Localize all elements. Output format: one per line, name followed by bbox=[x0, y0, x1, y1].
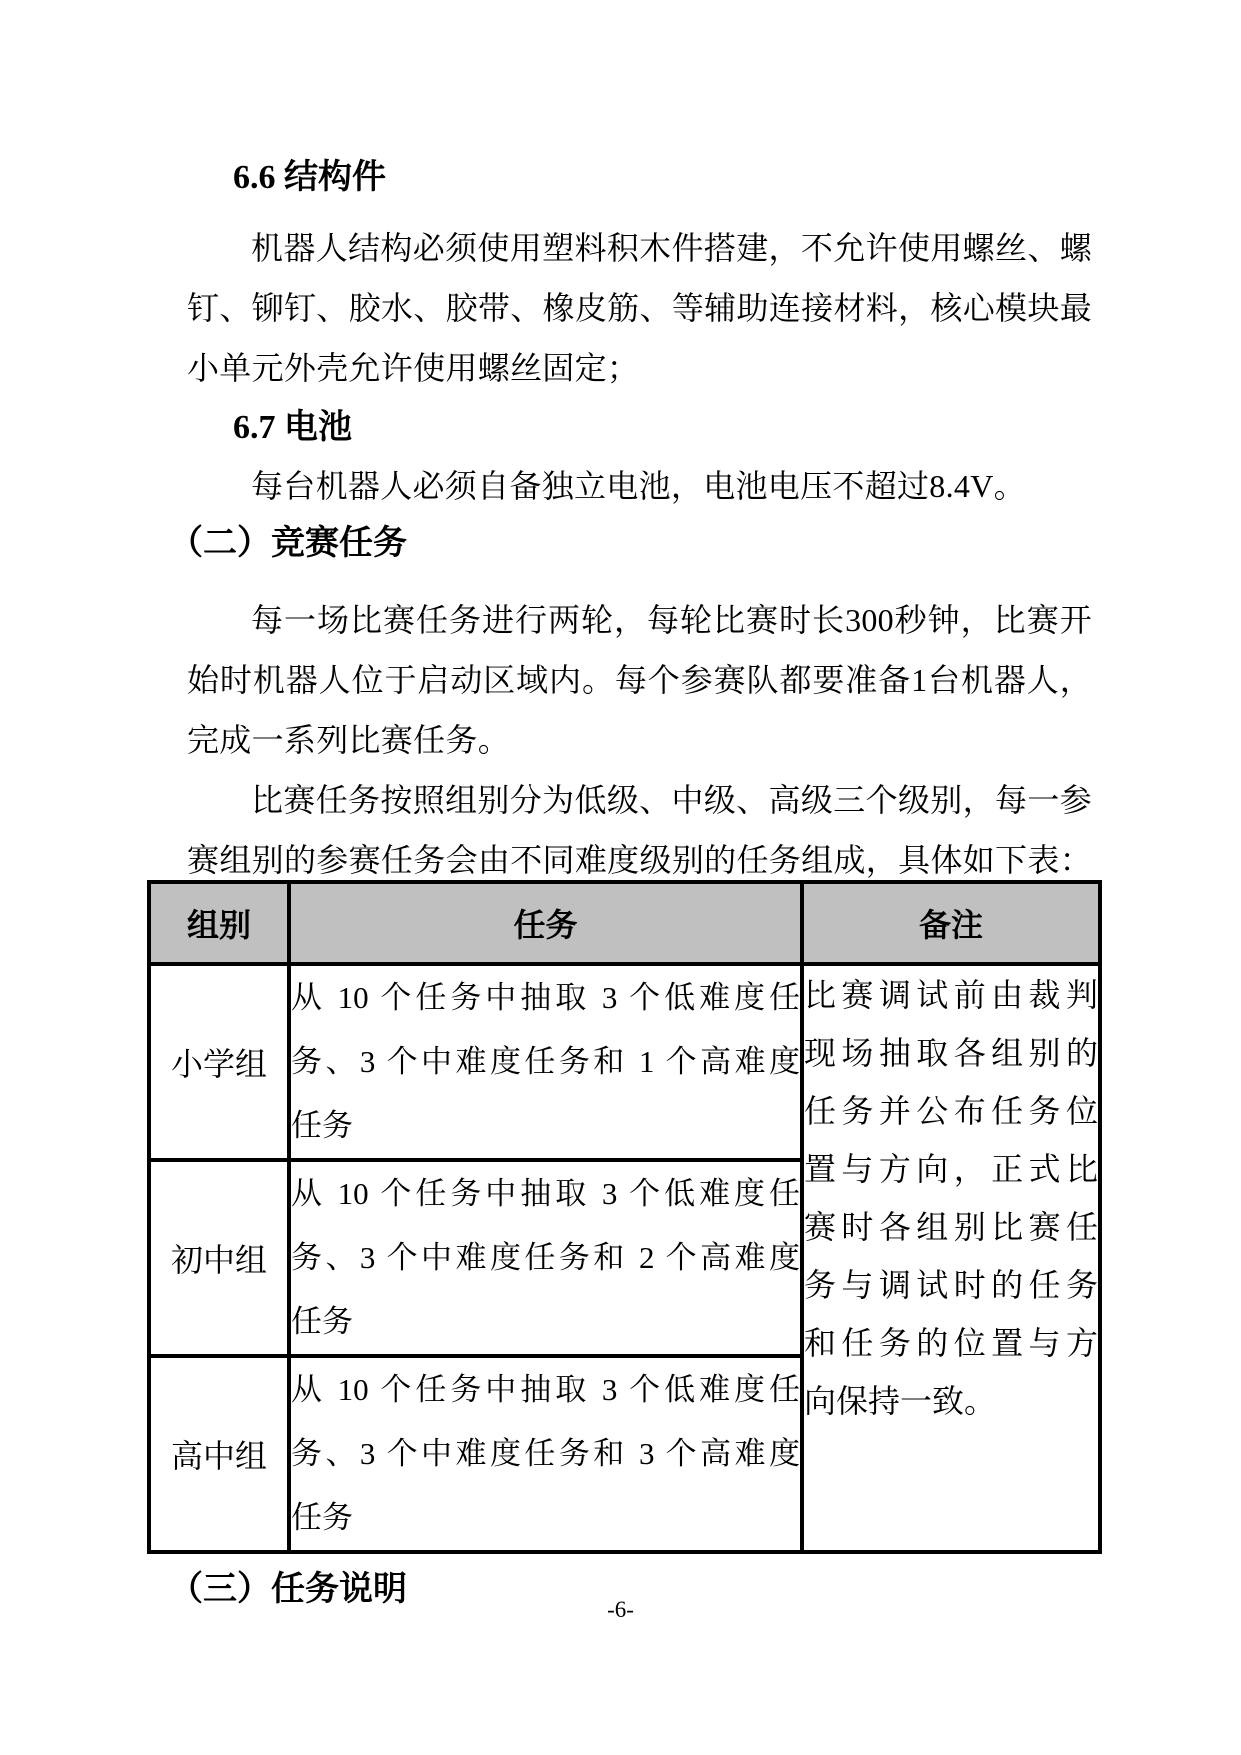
text-line: 务与调试时的任务 bbox=[804, 1256, 1098, 1314]
text-line: 始时机器人位于启动区域内。每个参赛队都要准备1台机器人， bbox=[187, 650, 1092, 710]
note-cell-merged: 比赛调试前由裁判 现场抽取各组别的 任务并公布任务位 置与方向，正式比 赛时各组… bbox=[802, 964, 1100, 1552]
table-row: 小学组 从 10 个任务中抽取 3 个低难度任 务、3 个中难度任务和 1 个高… bbox=[149, 964, 1100, 1160]
task-cell-junior: 从 10 个任务中抽取 3 个低难度任 务、3 个中难度任务和 2 个高难度 任… bbox=[289, 1160, 802, 1356]
document-content: 6.6 结构件 机器人结构必须使用塑料积木件搭建，不允许使用螺丝、螺 钉、铆钉、… bbox=[187, 150, 1092, 1610]
text-line: 任务 bbox=[291, 1094, 800, 1158]
table-header-row: 组别 任务 备注 bbox=[149, 882, 1100, 964]
text-line: 小单元外壳允许使用螺丝固定； bbox=[187, 338, 1092, 398]
task-cell-primary: 从 10 个任务中抽取 3 个低难度任 务、3 个中难度任务和 1 个高难度 任… bbox=[289, 964, 802, 1160]
text-line: 从 10 个任务中抽取 3 个低难度任 bbox=[291, 1162, 800, 1226]
paragraph-task-levels: 比赛任务按照组别分为低级、中级、高级三个级别，每一参 赛组别的参赛任务会由不同难… bbox=[187, 770, 1092, 890]
text-line: 务、3 个中难度任务和 3 个高难度 bbox=[291, 1422, 800, 1486]
column-header-task: 任务 bbox=[289, 882, 802, 964]
group-cell-senior: 高中组 bbox=[149, 1356, 289, 1552]
text-line: 比赛调试前由裁判 bbox=[804, 966, 1098, 1024]
text-line: 每台机器人必须自备独立电池，电池电压不超过8.4V。 bbox=[187, 456, 1092, 516]
column-header-note: 备注 bbox=[802, 882, 1100, 964]
text-line: 从 10 个任务中抽取 3 个低难度任 bbox=[291, 1358, 800, 1422]
groups-tasks-table: 组别 任务 备注 小学组 从 10 个任务中抽取 3 个低难度任 务、3 个中难… bbox=[147, 880, 1102, 1554]
task-cell-senior: 从 10 个任务中抽取 3 个低难度任 务、3 个中难度任务和 3 个高难度 任… bbox=[289, 1356, 802, 1552]
group-cell-junior: 初中组 bbox=[149, 1160, 289, 1356]
text-line: 任务并公布任务位 bbox=[804, 1082, 1098, 1140]
text-line: 赛时各组别比赛任 bbox=[804, 1198, 1098, 1256]
heading-6-6-structure: 6.6 结构件 bbox=[233, 158, 1092, 198]
paragraph-match-rounds: 每一场比赛任务进行两轮，每轮比赛时长300秒钟，比赛开 始时机器人位于启动区域内… bbox=[187, 590, 1092, 770]
text-line: 务、3 个中难度任务和 1 个高难度 bbox=[291, 1030, 800, 1094]
page-number: -6- bbox=[0, 1598, 1241, 1622]
paragraph-battery-rules: 每台机器人必须自备独立电池，电池电压不超过8.4V。 bbox=[187, 456, 1092, 516]
heading-section-2-competition-tasks: （二）竞赛任务 bbox=[169, 524, 1092, 564]
text-line: 和任务的位置与方 bbox=[804, 1314, 1098, 1372]
text-line: 赛组别的参赛任务会由不同难度级别的任务组成，具体如下表： bbox=[187, 830, 1092, 890]
heading-6-7-battery: 6.7 电池 bbox=[233, 408, 1092, 448]
text-line: 置与方向，正式比 bbox=[804, 1140, 1098, 1198]
text-line: 钉、铆钉、胶水、胶带、橡皮筋、等辅助连接材料，核心模块最 bbox=[187, 278, 1092, 338]
text-line: 机器人结构必须使用塑料积木件搭建，不允许使用螺丝、螺 bbox=[187, 218, 1092, 278]
text-line: 任务 bbox=[291, 1290, 800, 1354]
text-line: 任务 bbox=[291, 1486, 800, 1550]
text-line: 务、3 个中难度任务和 2 个高难度 bbox=[291, 1226, 800, 1290]
text-line: 现场抽取各组别的 bbox=[804, 1024, 1098, 1082]
group-cell-primary: 小学组 bbox=[149, 964, 289, 1160]
document-page: 6.6 结构件 机器人结构必须使用塑料积木件搭建，不允许使用螺丝、螺 钉、铆钉、… bbox=[0, 0, 1241, 1755]
column-header-group: 组别 bbox=[149, 882, 289, 964]
text-line: 从 10 个任务中抽取 3 个低难度任 bbox=[291, 966, 800, 1030]
text-line: 每一场比赛任务进行两轮，每轮比赛时长300秒钟，比赛开 bbox=[187, 590, 1092, 650]
text-line: 完成一系列比赛任务。 bbox=[187, 710, 1092, 770]
text-line: 向保持一致。 bbox=[804, 1372, 1098, 1430]
paragraph-structure-rules: 机器人结构必须使用塑料积木件搭建，不允许使用螺丝、螺 钉、铆钉、胶水、胶带、橡皮… bbox=[187, 218, 1092, 398]
text-line: 比赛任务按照组别分为低级、中级、高级三个级别，每一参 bbox=[187, 770, 1092, 830]
